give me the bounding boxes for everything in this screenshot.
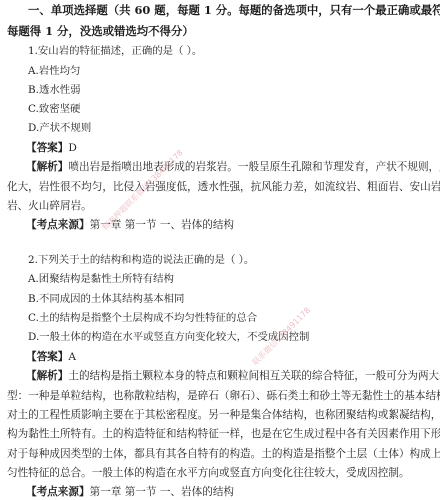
analysis-line-3: 岩、火山碎屑岩。: [7, 199, 92, 213]
option-b: B.不同成因的土体其结构基本相同: [28, 292, 184, 306]
analysis-label: 【解析】: [26, 370, 68, 382]
question-stem: 1.安山岩的特征描述，正确的是（ ）。: [28, 44, 202, 58]
analysis-line-2: 型：一种是单粒结构，也称散粒结构，是碎石（卵石）、砾石类土和砂土等无黏性土的基本…: [7, 389, 440, 403]
analysis-line-1: 【解析】土的结构是指土颗粒本身的特点和颗粒间相互关联的综合特征，一般可分为两大基…: [26, 369, 440, 383]
option-b: B.透水性弱: [28, 83, 81, 97]
analysis-text: 土的结构是指土颗粒本身的特点和颗粒间相互关联的综合特征，一般可分为两大基本类: [68, 370, 440, 382]
option-a: A.团聚结构是黏性土所特有结构: [28, 272, 174, 286]
analysis-label: 【解析】: [26, 161, 68, 173]
question-stem: 2.下列关于土的结构和构造的说法正确的是（ ）。: [28, 253, 254, 267]
option-d: D.产状不规则: [28, 121, 91, 135]
analysis-line-2: 化大，岩性很不均匀，比侵入岩强度低，透水性强，抗风能力差，如流纹岩、粗面岩、安山…: [7, 180, 440, 194]
source-text: 第一章 第一节 一、岩体的结构: [90, 486, 234, 498]
source-label: 【考点来源】: [26, 219, 90, 231]
analysis-line-3: 对土的工程性质影响主要在于其松密程度。另一种是集合体结构，也称团聚结构或絮凝结构…: [7, 408, 440, 422]
source-label: 【考点来源】: [26, 486, 90, 498]
answer-value: D: [68, 142, 77, 154]
answer-row: 【答案】A: [26, 350, 76, 364]
document-page: 一、单项选择题（共 60 题，每题 1 分。每题的备选项中，只有一个最正确或最符…: [0, 0, 440, 500]
answer-row: 【答案】D: [26, 141, 77, 155]
source-row: 【考点来源】第一章 第一节 一、岩体的结构: [26, 218, 234, 232]
analysis-text: 喷出岩是指喷出地表形成的岩浆岩。一般呈原生孔隙和节理发育，产状不规则，厚度变: [68, 161, 440, 173]
source-row: 【考点来源】第一章 第一节 一、岩体的结构: [26, 485, 234, 499]
option-a: A.岩性均匀: [28, 64, 80, 78]
analysis-line-6: 匀性特征的总合。一般土体的构造在水平方向或竖直方向变化往往较大，受成因控制。: [7, 466, 410, 480]
option-c: C.致密坚硬: [28, 102, 80, 116]
section-heading-line-1: 一、单项选择题（共 60 题，每题 1 分。每题的备选项中，只有一个最正确或最符…: [28, 3, 440, 17]
section-heading-line-2: 每题得 1 分，没选或错选均不得分）: [7, 24, 194, 38]
option-c: C.土的结构是指整个土层构成不均匀性特征的总合: [28, 311, 257, 325]
answer-label: 【答案】: [26, 351, 68, 363]
analysis-line-5: 对于每种成因类型的土体，都具有其各自特有的构造。土的构造是指整个土层（土体）构成…: [7, 447, 440, 461]
analysis-line-1: 【解析】喷出岩是指喷出地表形成的岩浆岩。一般呈原生孔隙和节理发育，产状不规则，厚…: [26, 160, 440, 174]
analysis-line-4: 构为黏性土所特有。土的构造特征和结构特征一样，也是在它生成过程中各有关因素作用下…: [7, 427, 440, 441]
answer-label: 【答案】: [26, 142, 68, 154]
answer-value: A: [68, 351, 76, 363]
